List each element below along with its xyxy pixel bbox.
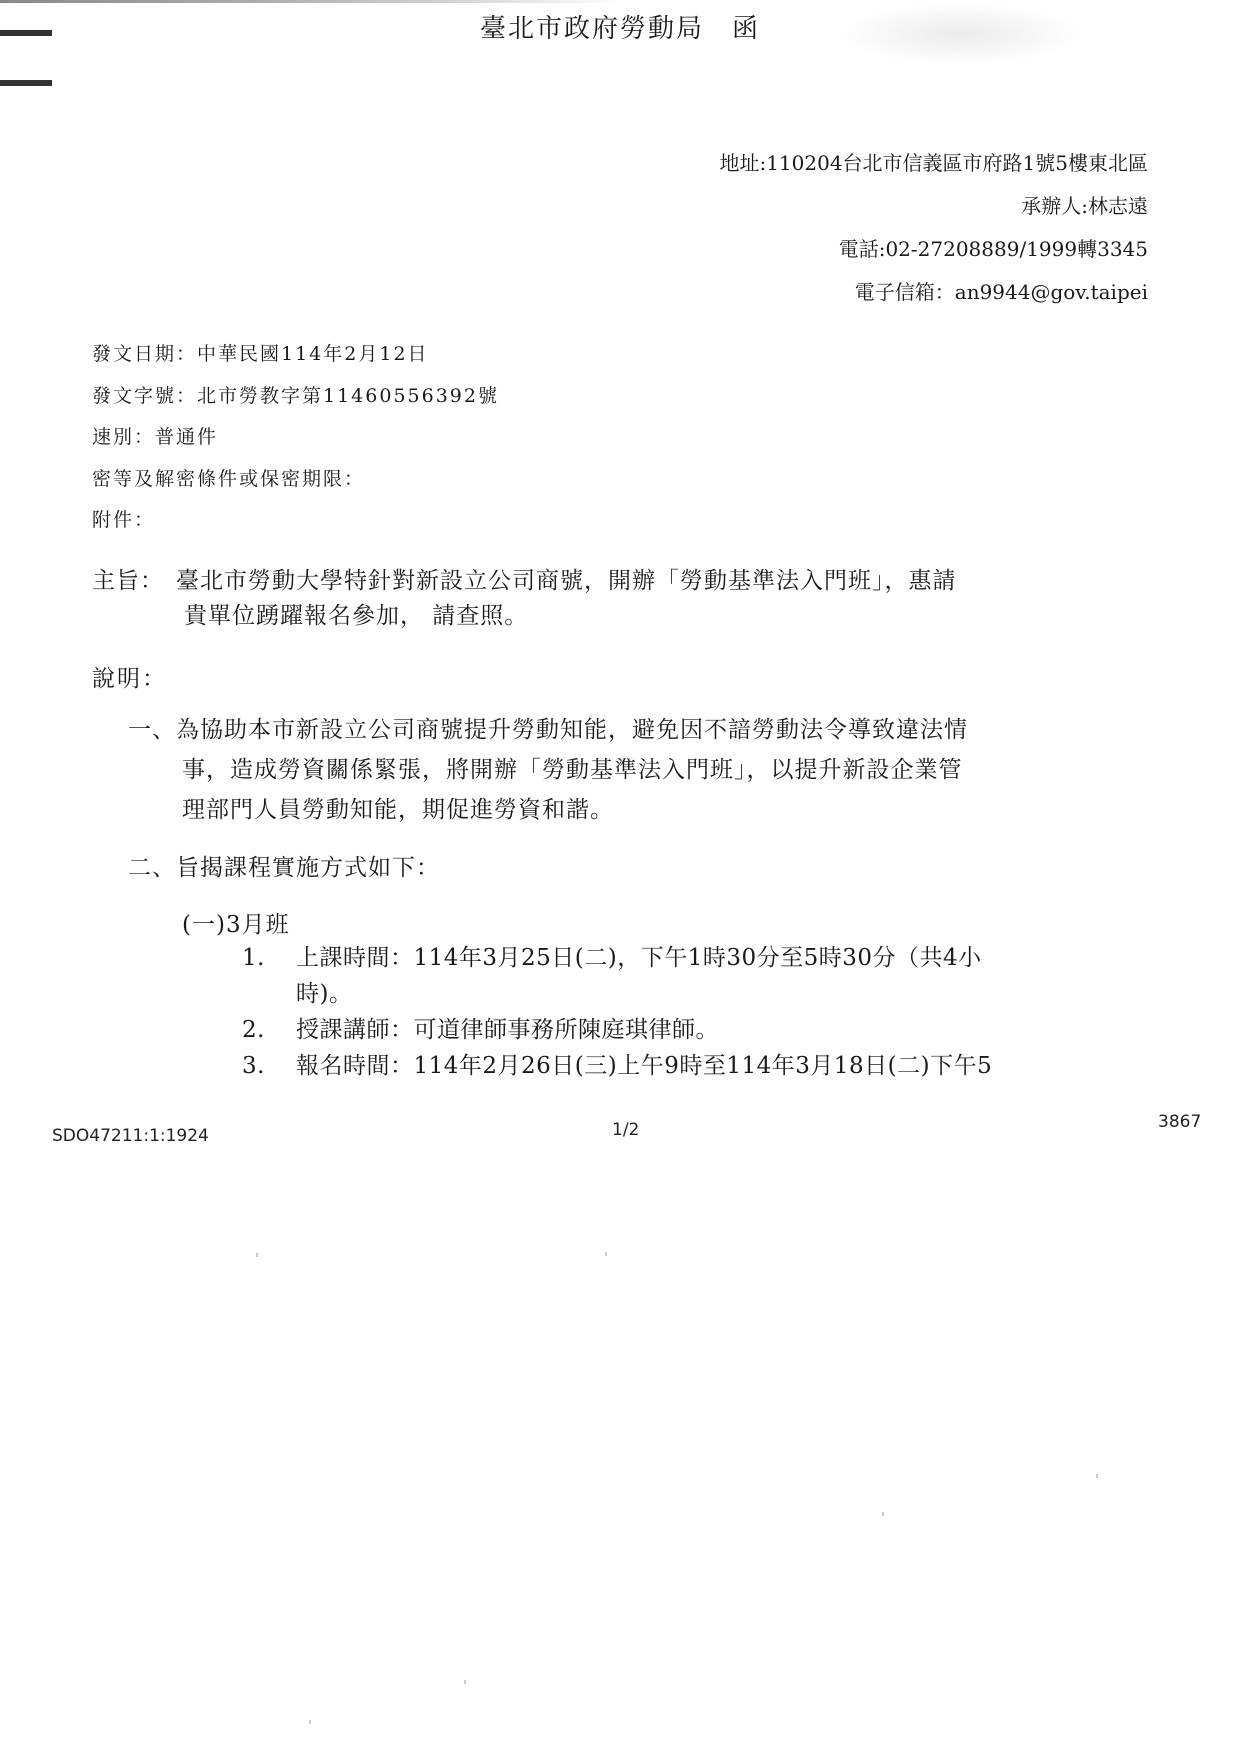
session-heading: (一)3月班 — [182, 906, 290, 939]
scan-edge-artifact — [0, 0, 620, 3]
item-text: 事，造成勞資關係緊張，將開辦「勞動基準法入門班」，以提升新設企業管 — [128, 750, 1168, 790]
phone: 電話:02-27208889/1999轉3345 — [719, 228, 1148, 271]
subject-section: 主旨：臺北市勞動大學特針對新設立公司商號，開辦「勞動基準法入門班」，惠請 貴單位… — [92, 564, 1152, 634]
detail-number: 2. — [242, 1012, 296, 1048]
subject-line: 貴單位踴躍報名參加， 請查照。 — [92, 599, 1152, 634]
scan-speck — [605, 1252, 607, 1256]
scan-speck — [256, 1253, 258, 1257]
scan-speck — [309, 1720, 311, 1724]
binding-mark — [0, 80, 52, 86]
document-type: 函 — [732, 14, 760, 44]
document-code: SDO47211:1:1924 — [52, 1126, 209, 1146]
handler: 承辦人:林志遠 — [719, 185, 1148, 228]
address: 地址:110204台北市信義區市府路1號5樓東北區 — [719, 142, 1148, 185]
serial-number: 3867 — [1158, 1112, 1201, 1132]
detail-text: 上課時間：114年3月25日(二)，下午1時30分至5時30分（共4小 — [296, 940, 982, 976]
detail-row: 2. 授課講師：可道律師事務所陳庭琪律師。 — [242, 1012, 992, 1048]
contact-block: 地址:110204台北市信義區市府路1號5樓東北區 承辦人:林志遠 電話:02-… — [719, 142, 1148, 314]
detail-number: 1. — [242, 940, 296, 976]
detail-text: 報名時間：114年2月26日(三)上午9時至114年3月18日(二)下午5 — [296, 1048, 992, 1084]
email: 電子信箱：an9944@gov.taipei — [719, 271, 1148, 314]
detail-text: 授課講師：可道律師事務所陳庭琪律師。 — [296, 1012, 719, 1048]
session-details: 1. 上課時間：114年3月25日(二)，下午1時30分至5時30分（共4小 時… — [242, 940, 992, 1084]
explanation-item: 一、為協助本市新設立公司商號提升勞動知能，避免因不諳勞動法令導致違法情 事，造成… — [128, 710, 1168, 830]
priority: 速別：普通件 — [92, 417, 499, 459]
document-title: 臺北市政府勞動局函 — [0, 8, 1240, 45]
item-marker: 一、 — [128, 717, 176, 743]
document-metadata: 發文日期：中華民國114年2月12日 發文字號：北市勞教字第1146055639… — [92, 334, 499, 542]
explanation-label: 說明： — [92, 660, 167, 693]
issue-date: 發文日期：中華民國114年2月12日 — [92, 334, 499, 376]
agency-name: 臺北市政府勞動局 — [480, 14, 704, 44]
subject-line: 臺北市勞動大學特針對新設立公司商號，開辦「勞動基準法入門班」，惠請 — [176, 568, 957, 594]
document-page: 臺北市政府勞動局函 地址:110204台北市信義區市府路1號5樓東北區 承辦人:… — [0, 0, 1240, 1755]
scan-speck — [464, 1680, 466, 1684]
detail-row: 1. 上課時間：114年3月25日(二)，下午1時30分至5時30分（共4小 — [242, 940, 992, 976]
issue-number: 發文字號：北市勞教字第11460556392號 — [92, 376, 499, 418]
explanation-item: 二、旨揭課程實施方式如下： — [128, 848, 440, 888]
item-text: 為協助本市新設立公司商號提升勞動知能，避免因不諳勞動法令導致違法情 — [176, 717, 968, 743]
classification: 密等及解密條件或保密期限： — [92, 459, 499, 501]
page-number: 1/2 — [612, 1120, 639, 1140]
scan-speck — [882, 1512, 884, 1516]
subject-label: 主旨： — [92, 564, 176, 599]
detail-continuation: 時)。 — [242, 976, 992, 1012]
item-marker: 二、 — [128, 855, 176, 881]
detail-row: 3. 報名時間：114年2月26日(三)上午9時至114年3月18日(二)下午5 — [242, 1048, 992, 1084]
scan-speck — [1096, 1474, 1098, 1478]
detail-number: 3. — [242, 1048, 296, 1084]
item-text: 旨揭課程實施方式如下： — [176, 855, 440, 881]
item-text: 理部門人員勞動知能，期促進勞資和諧。 — [128, 790, 1168, 830]
attachments: 附件： — [92, 500, 499, 542]
